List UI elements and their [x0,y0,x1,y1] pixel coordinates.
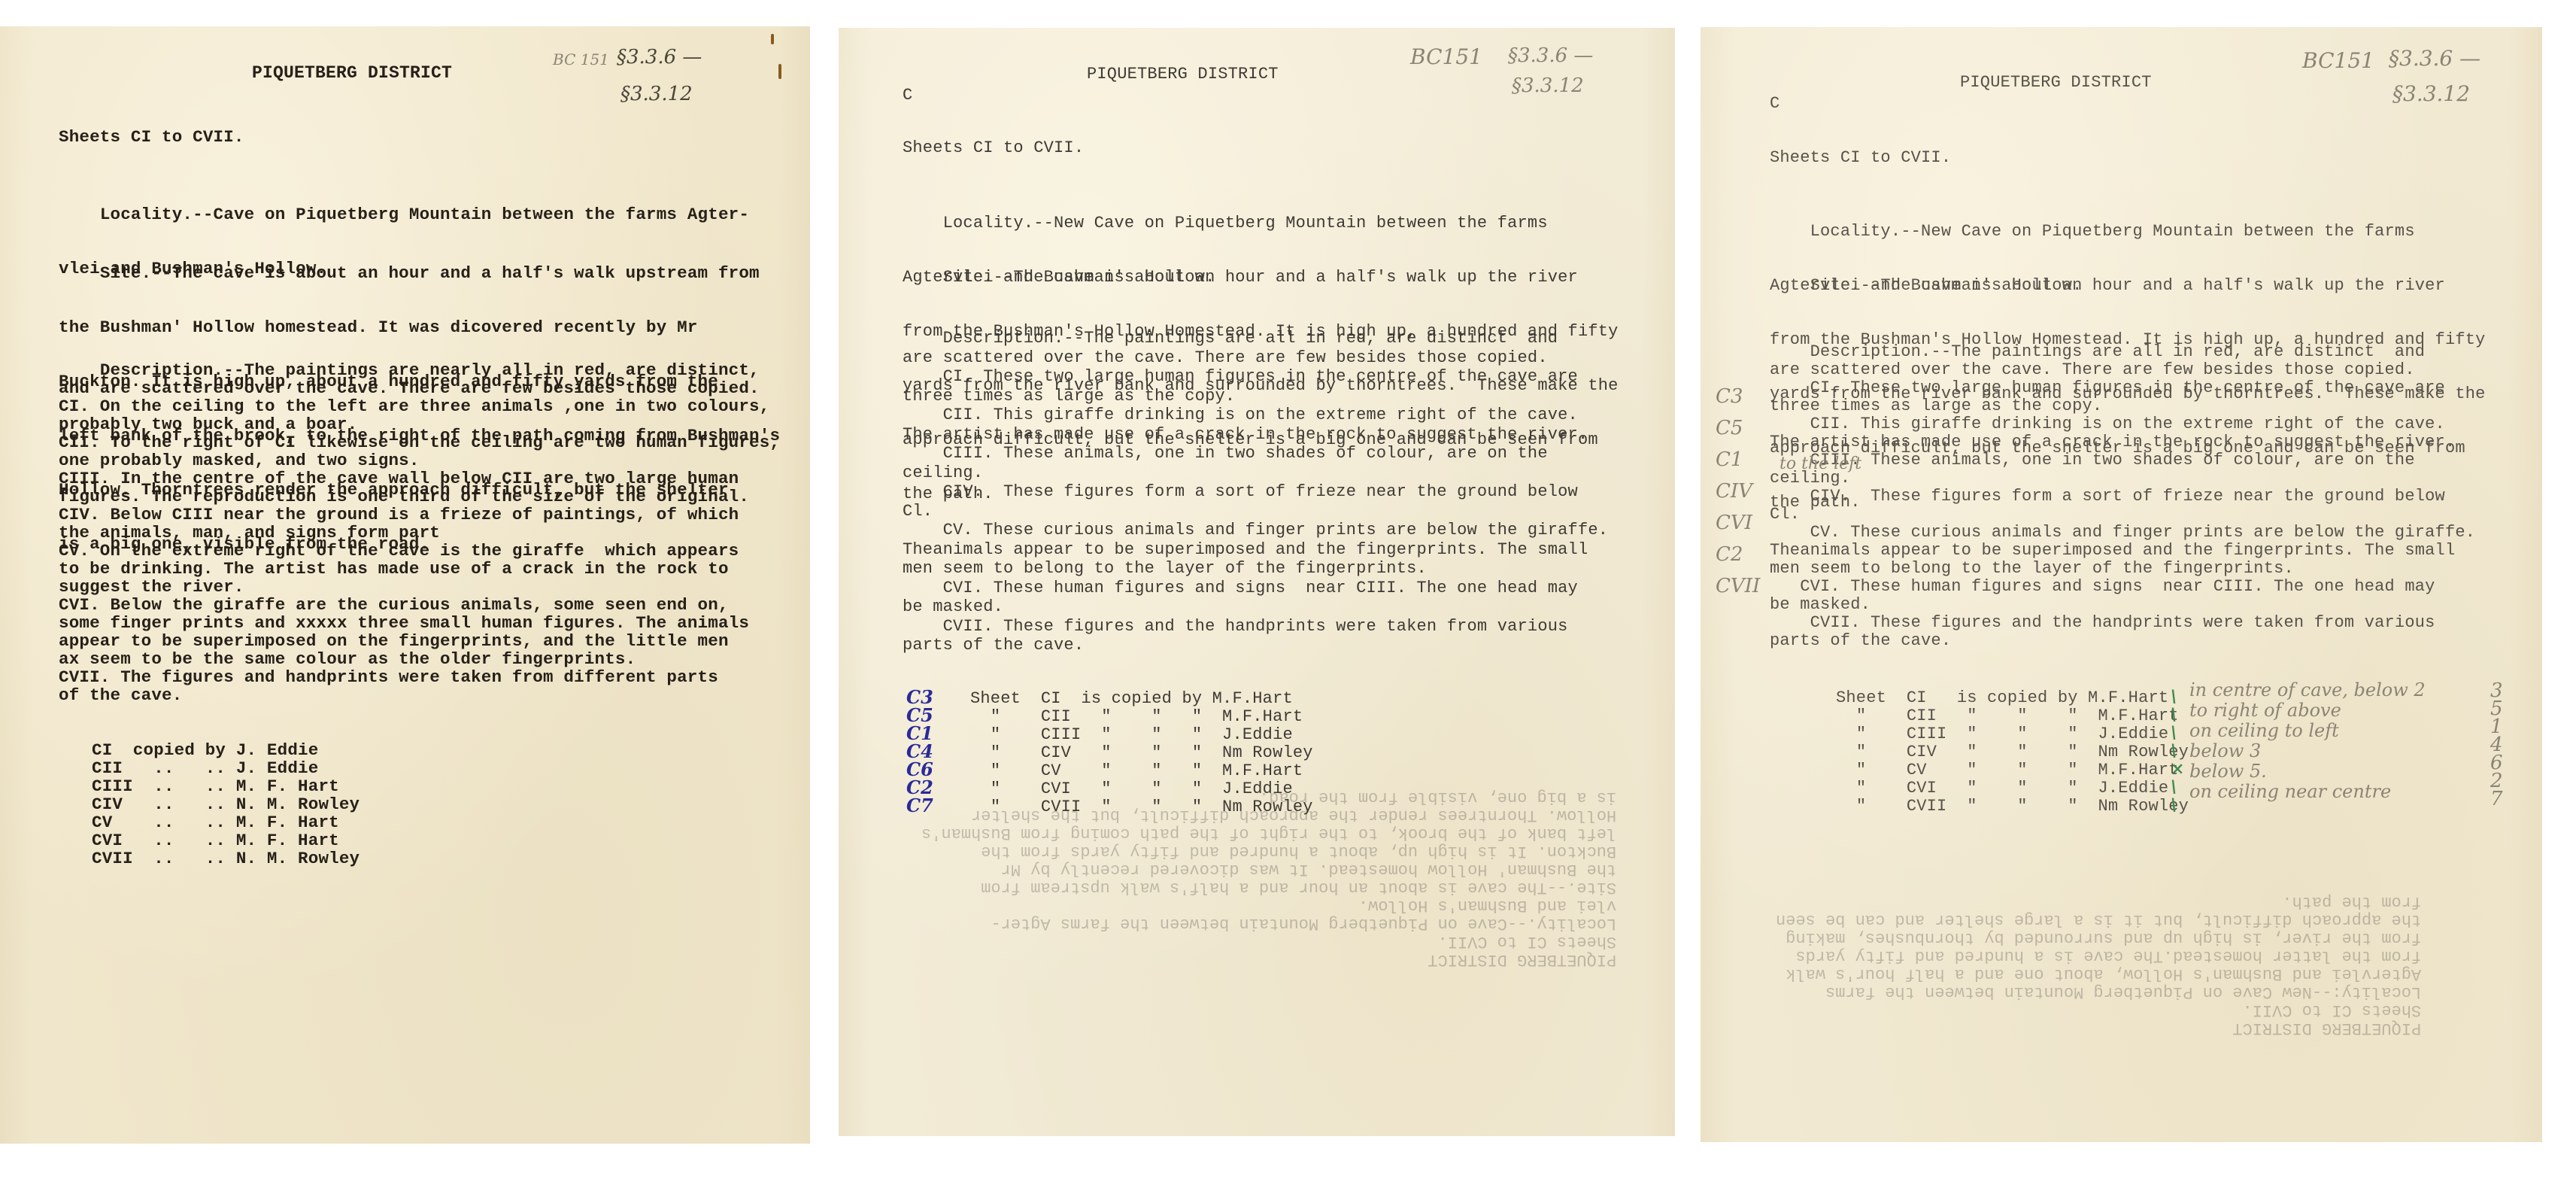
bleed-line: Sheets CI to CVII. [921,932,1616,950]
document-page-1: PIQUETBERG DISTRICT BC 151 §3.3.6 — §3.3… [0,26,810,1144]
text-line: Description.--The paintings are all in r… [1770,343,2475,361]
bleed-line: left bank of the brook, to the right of … [921,824,1616,842]
copyist-row: " CIV " " " Nm Rowley [1836,743,2189,761]
document-page-3: PIQUETBERG DISTRICTSheets CI to CVII.Loc… [1701,27,2542,1142]
sheets-range: Sheets CI to CVII. [903,139,1084,157]
margin-sheet-number: CVII [1716,570,1760,602]
text-line: be masked. [903,597,1608,617]
check-mark-icon: \ [2171,724,2184,742]
text-line: are scattered over the cave. There are f… [903,348,1608,368]
check-mark-icon: \ [2171,778,2184,796]
text-line: men seem to belong to the layer of the f… [1770,560,2475,578]
copyist-row: Sheet CI is copied by M.F.Hart [970,690,1313,708]
bleed-line: vlei and Bushman's Hollow. [921,896,1616,914]
text-line: CV. On the extreme right of the cave is … [59,542,780,560]
copyist-row: " CII " " " M.F.Hart [970,708,1313,726]
bleed-line: PIQUETBERG DISTRICT [921,950,1616,968]
annotation-line-1: §3.3.6 — [617,46,702,68]
page-title: PIQUETBERG DISTRICT [252,64,452,82]
ink-speck [778,64,781,79]
annotation-line-2: §3.3.12 [2392,81,2470,106]
text-line: Theanimals appear to be superimposed and… [903,540,1608,560]
annotation-line-2: §3.3.12 [1512,74,1584,97]
archive-ref: BC151 [2302,48,2374,73]
text-line: Description.--The paintings are all in r… [903,329,1608,348]
copyist-row: " CIII " " " J.Eddie [1836,725,2189,743]
text-line: the animals, man, and signs form part [59,524,780,542]
archive-ref: BC151 [1410,44,1482,69]
text-line: Site.--The cave is about an hour and a h… [1770,277,2486,295]
description-section: Description.--The paintings are all in r… [1770,343,2475,650]
text-line: CIV. These figures form a sort of frieze… [903,482,1608,502]
copyist-row: " CV " " " M.F.Hart [970,762,1313,780]
text-line: CIII. These animals, one in two shades o… [903,444,1608,463]
bleed-line: Buckton. It is high up, about a hundred … [921,842,1616,860]
margin-notes: C3C5C1C4C6C2C7 [906,688,933,815]
sheet-label: C [903,87,912,105]
text-line: CVII. These figures and the handprints w… [1770,614,2475,632]
archive-ref: BC 151 [553,50,609,68]
text-line: Description.--The paintings are nearly a… [59,361,780,379]
margin-sheet-number: C1 [1716,444,1760,476]
sheet-label: C [1770,95,1780,113]
text-line: Locality.--New Cave on Piquetberg Mounta… [903,214,1548,232]
page-title: PIQUETBERG DISTRICT [1960,74,2152,92]
text-line: three times as large as the copy. [1770,397,2475,415]
copyist-row: CV .. .. M. F. Hart [92,813,360,831]
text-line: three times as large as the copy. [903,387,1608,406]
bleed-line: Locality:--New Cave on Piquetberg Mounta… [1776,983,2421,1001]
text-line: CIII. These animals, one in two shades o… [1770,451,2475,469]
text-line: the Bushman' Hollow homestead. It was di… [59,318,780,336]
margin-sheet-number: C7 [906,797,933,815]
text-line: The artist has made use of a crack in th… [903,425,1608,445]
copyist-row: CI copied by J. Eddie [92,741,360,759]
bleed-line: from the path. [1776,892,2421,910]
text-line: one probably masked, and two signs. [59,451,780,469]
text-line: CVI. Below the giraffe are the curious a… [59,596,780,614]
text-line: CVII. The figures and handprints were ta… [59,668,780,686]
text-line: CVI. These human figures and signs near … [1770,578,2475,596]
text-line: parts of the cave. [903,636,1608,655]
text-line: Site.--The cave is about an hour and a h… [903,269,1619,287]
bleed-line: the Bushman' Hollow homestead. It was di… [921,860,1616,878]
text-line: CII. To the right of CI likewise on the … [59,433,780,451]
text-line: CVII. These figures and the handprints w… [903,617,1608,637]
text-line: CIII. In the centre of the cave wall bel… [59,469,780,488]
text-line: Cl. [903,502,1608,521]
bleed-line: PIQUETBERG DISTRICT [1776,1019,2421,1037]
bleed-line: from the river, is high up and surrounde… [1776,928,2421,947]
text-line: Theanimals appear to be superimposed and… [1770,542,2475,560]
copyist-list: CI copied by J. EddieCII .. .. J. EddieC… [92,741,360,868]
copyist-row: " CIII " " " J.Eddie [970,726,1313,744]
text-line: be masked. [1770,596,2475,614]
sheets-range: Sheets CI to CVII. [59,128,244,146]
text-line: CI. These two large human figures in the… [903,367,1608,387]
location-note: in centre of cave, below 2 [2189,680,2426,700]
text-line: CII. This giraffe drinking is on the ext… [903,406,1608,425]
text-line: Site.--The cave is about an hour and a h… [59,264,780,282]
margin-sheet-number: C3 [1716,381,1760,412]
bleed-line: the approach difficult, but it is a larg… [1776,910,2421,928]
text-line: The artist has made use of a crack in th… [1770,433,2475,451]
check-mark-icon: \ [2171,742,2184,760]
copyist-row: CIII .. .. M. F. Hart [92,777,360,795]
text-line: Locality.--New Cave on Piquetberg Mounta… [1770,223,2415,241]
margin-sheet-number: C2 [1716,539,1760,570]
copyist-row: CVI .. .. M. F. Hart [92,831,360,849]
text-line: some finger prints and xxxxx three small… [59,614,780,632]
check-mark-icon: \ [2171,706,2184,724]
location-note: on ceiling near centre [2189,782,2426,802]
pencil-inline-note: to the left [1780,454,1861,473]
copyist-list: Sheet CI is copied by M.F.Hart " CII " "… [970,690,1313,816]
copyist-row: " CVI " " " J.Eddie [1836,779,2189,798]
text-line: appear to be superimposed on the fingerp… [59,632,780,650]
copyist-row: " CIV " " " Nm Rowley [970,744,1313,762]
text-line: CI. On the ceiling to the left are three… [59,397,780,415]
bleed-through-text: PIQUETBERG DISTRICTSheets CI to CVII.Loc… [1776,892,2421,1037]
check-mark-icon: × [2171,760,2184,778]
pencil-order-numbers: 3514627 [2490,682,2503,808]
page-title: PIQUETBERG DISTRICT [1087,65,1279,84]
text-line: CIV. Below CIII near the ground is a fri… [59,506,780,524]
text-line: Locality.--Cave on Piquetberg Mountain b… [59,205,749,223]
margin-notes: C3C5C1CIVCVIC2CVII [1716,381,1760,602]
text-line: CIV. These figures form a sort of frieze… [1770,488,2475,506]
order-number: 7 [2490,790,2503,808]
location-note: below 3 [2189,741,2426,761]
text-line: ceiling. [1770,469,2475,488]
text-line: CI. These two large human figures in the… [1770,379,2475,397]
copyist-row: Sheet CI is copied by M.F.Hart [1836,689,2189,707]
text-line: ax seem to be the same colour as the old… [59,650,780,668]
copyist-row: CVII .. .. N. M. Rowley [92,849,360,868]
annotation-line-2: §3.3.12 [620,83,693,105]
location-note: to right of above [2189,700,2426,721]
bleed-line: Sheets CI to CVII. [1776,1001,2421,1019]
bleed-line: Agtervlei and Bushman's Hollow, about on… [1776,965,2421,983]
location-note: on ceiling to left [2189,721,2426,741]
document-page-2: PIQUETBERG DISTRICTSheets CI to CVII.Loc… [839,28,1675,1136]
text-line: ceiling. [903,463,1608,483]
annotation-line-1: §3.3.6 — [1508,44,1593,67]
text-line: of the cave. [59,686,780,704]
copyist-row: CII .. .. J. Eddie [92,759,360,777]
text-line: probably two buck and a boar. [59,415,780,433]
text-line: men seem to belong to the layer of the f… [903,559,1608,579]
text-line: CII. This giraffe drinking is on the ext… [1770,415,2475,433]
text-line: CVI. These human figures and signs near … [903,579,1608,598]
text-line: to be drinking. The artist has made use … [59,560,780,578]
copyist-row: " CV " " " M.F.Hart [1836,761,2189,779]
text-line: CV. These curious animals and finger pri… [1770,524,2475,542]
margin-sheet-number: C5 [1716,412,1760,444]
check-marks: \\\\×\\ [2171,688,2184,814]
copyist-row: " CII " " " M.F.Hart [1836,707,2189,725]
bleed-line: Locality.--Cave on Piquetberg Mountain b… [921,914,1616,932]
copyist-row: " CVII " " " Nm Rowley [970,798,1313,816]
text-line: parts of the cave. [1770,632,2475,650]
description-section: Description.--The paintings are all in r… [903,329,1608,655]
text-line: are scattered over the cave. There are f… [1770,361,2475,379]
text-line: CV. These curious animals and finger pri… [903,521,1608,540]
check-mark-icon: \ [2171,796,2184,814]
description-section: Description.--The paintings are nearly a… [59,361,780,704]
copyist-list: Sheet CI is copied by M.F.Hart " CII " "… [1836,689,2189,816]
location-note: below 5. [2189,761,2426,782]
text-line: figures. The reproduction is one third o… [59,488,780,506]
text-line: suggest the river. [59,578,780,596]
check-mark-icon: \ [2171,688,2184,706]
copyist-row: " CVII " " " Nm Rowley [1836,798,2189,816]
copyist-row: " CVI " " " J.Eddie [970,780,1313,798]
margin-sheet-number: CVI [1716,507,1760,539]
sheets-range: Sheets CI to CVII. [1770,149,1951,167]
bleed-line: Site.--The cave is about an hour and a h… [921,878,1616,896]
copyist-row: CIV .. .. N. M. Rowley [92,795,360,813]
text-line: and are scattered over the cave. There a… [59,379,780,397]
annotation-line-1: §3.3.6 — [2389,46,2480,71]
text-line: Cl. [1770,506,2475,524]
ink-speck [771,34,774,44]
bleed-line: from the latter homestead.The cave is a … [1776,947,2421,965]
margin-sheet-number: CIV [1716,476,1760,507]
pencil-location-notes: in centre of cave, below 2to right of ab… [2189,680,2426,802]
